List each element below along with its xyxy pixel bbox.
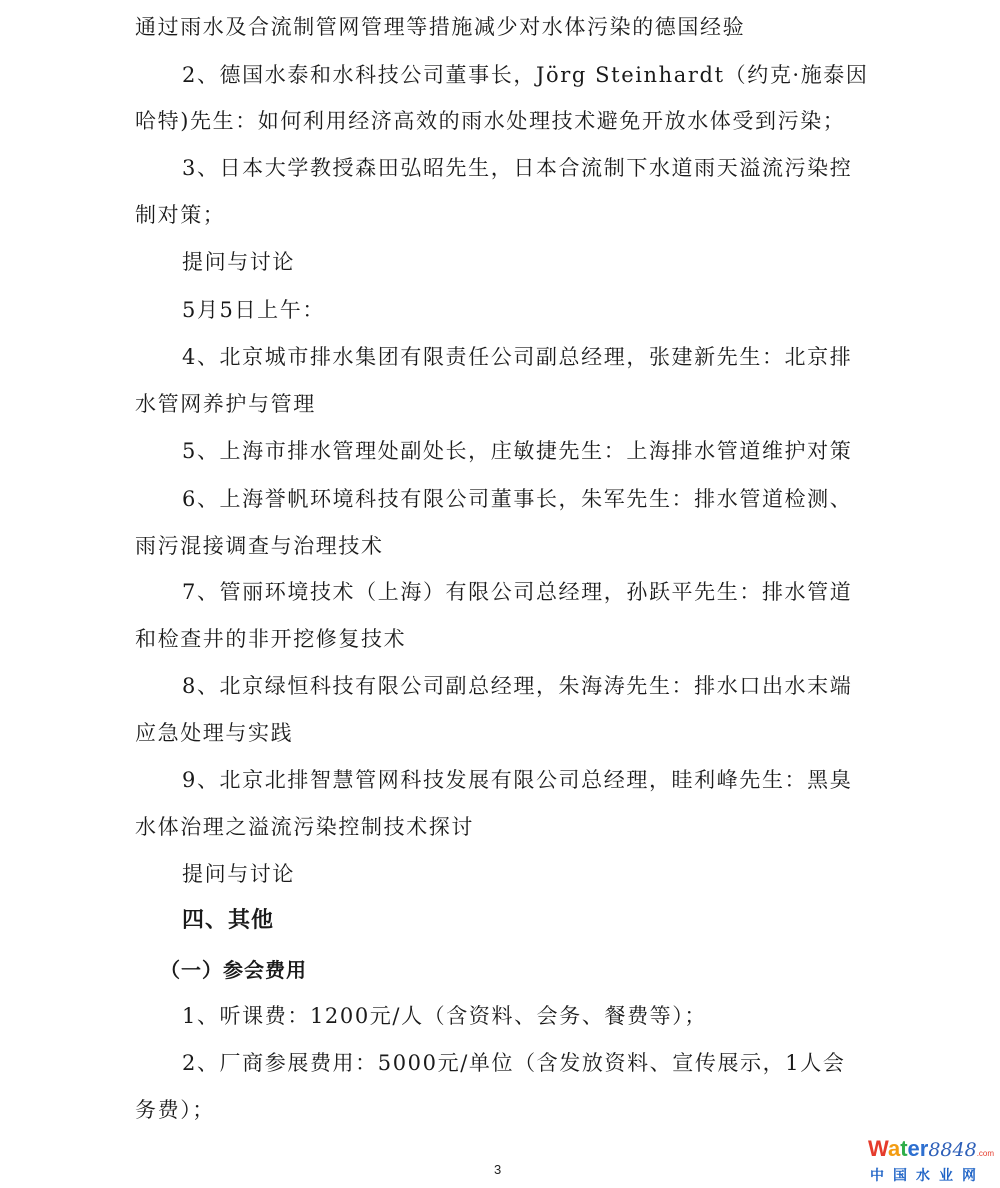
subsection-heading: （一）参会费用 bbox=[160, 955, 895, 985]
document-page: 通过雨水及合流制管网管理等措施减少对水体污染的德国经验 2、德国水泰和水科技公司… bbox=[0, 0, 1000, 1188]
paragraph-line: 提问与讨论 bbox=[182, 859, 917, 889]
watermark-chinese-name: 中国水业网 bbox=[868, 1167, 998, 1185]
paragraph-line: 8、北京绿恒科技有限公司副总经理，朱海涛先生：排水口出水末端 bbox=[182, 671, 917, 701]
paragraph-line: 哈特)先生：如何利用经济高效的雨水处理技术避免开放水体受到污染； bbox=[135, 106, 870, 136]
watermark-letter: a bbox=[888, 1136, 900, 1161]
section-heading: 四、其他 bbox=[182, 906, 917, 936]
watermark-letter: er bbox=[908, 1136, 929, 1161]
paragraph-line: 5月5日上午： bbox=[182, 295, 917, 325]
paragraph-line: 通过雨水及合流制管网管理等措施减少对水体污染的德国经验 bbox=[135, 12, 870, 42]
paragraph-line: 制对策； bbox=[135, 200, 870, 230]
paragraph-line: 5、上海市排水管理处副处长，庄敏捷先生：上海排水管道维护对策 bbox=[182, 436, 917, 466]
watermark-suffix: .com bbox=[977, 1149, 994, 1158]
fee-line: 2、厂商参展费用：5000元/单位（含发放资料、宣传展示，1人会 bbox=[182, 1048, 917, 1078]
paragraph-line: 水管网养护与管理 bbox=[135, 389, 870, 419]
paragraph-line: 提问与讨论 bbox=[182, 247, 917, 277]
watermark-logo: Water8848.com 中国水业网 bbox=[868, 1138, 998, 1184]
watermark-letter: t bbox=[900, 1136, 907, 1161]
paragraph-line: 6、上海誉帆环境科技有限公司董事长，朱军先生：排水管道检测、 bbox=[182, 484, 917, 514]
fee-line: 1、听课费：1200元/人（含资料、会务、餐费等）； bbox=[182, 1001, 917, 1031]
page-number: 3 bbox=[494, 1162, 501, 1177]
paragraph-line: 2、德国水泰和水科技公司董事长，Jörg Steinhardt（约克·施泰因 bbox=[182, 60, 917, 90]
paragraph-line: 水体治理之溢流污染控制技术探讨 bbox=[135, 812, 870, 842]
watermark-brand: Water8848.com bbox=[868, 1138, 998, 1165]
paragraph-line: 3、日本大学教授森田弘昭先生，日本合流制下水道雨天溢流污染控 bbox=[182, 153, 917, 183]
paragraph-line: 应急处理与实践 bbox=[135, 718, 870, 748]
watermark-number: 8848 bbox=[928, 1139, 976, 1161]
watermark-letter: W bbox=[868, 1136, 888, 1161]
paragraph-line: 4、北京城市排水集团有限责任公司副总经理，张建新先生：北京排 bbox=[182, 342, 917, 372]
paragraph-line: 9、北京北排智慧管网科技发展有限公司总经理，眭利峰先生：黑臭 bbox=[182, 765, 917, 795]
paragraph-line: 7、管丽环境技术（上海）有限公司总经理，孙跃平先生：排水管道 bbox=[182, 577, 917, 607]
paragraph-line: 雨污混接调查与治理技术 bbox=[135, 531, 870, 561]
paragraph-line: 和检查井的非开挖修复技术 bbox=[135, 624, 870, 654]
fee-line: 务费）； bbox=[135, 1095, 870, 1125]
